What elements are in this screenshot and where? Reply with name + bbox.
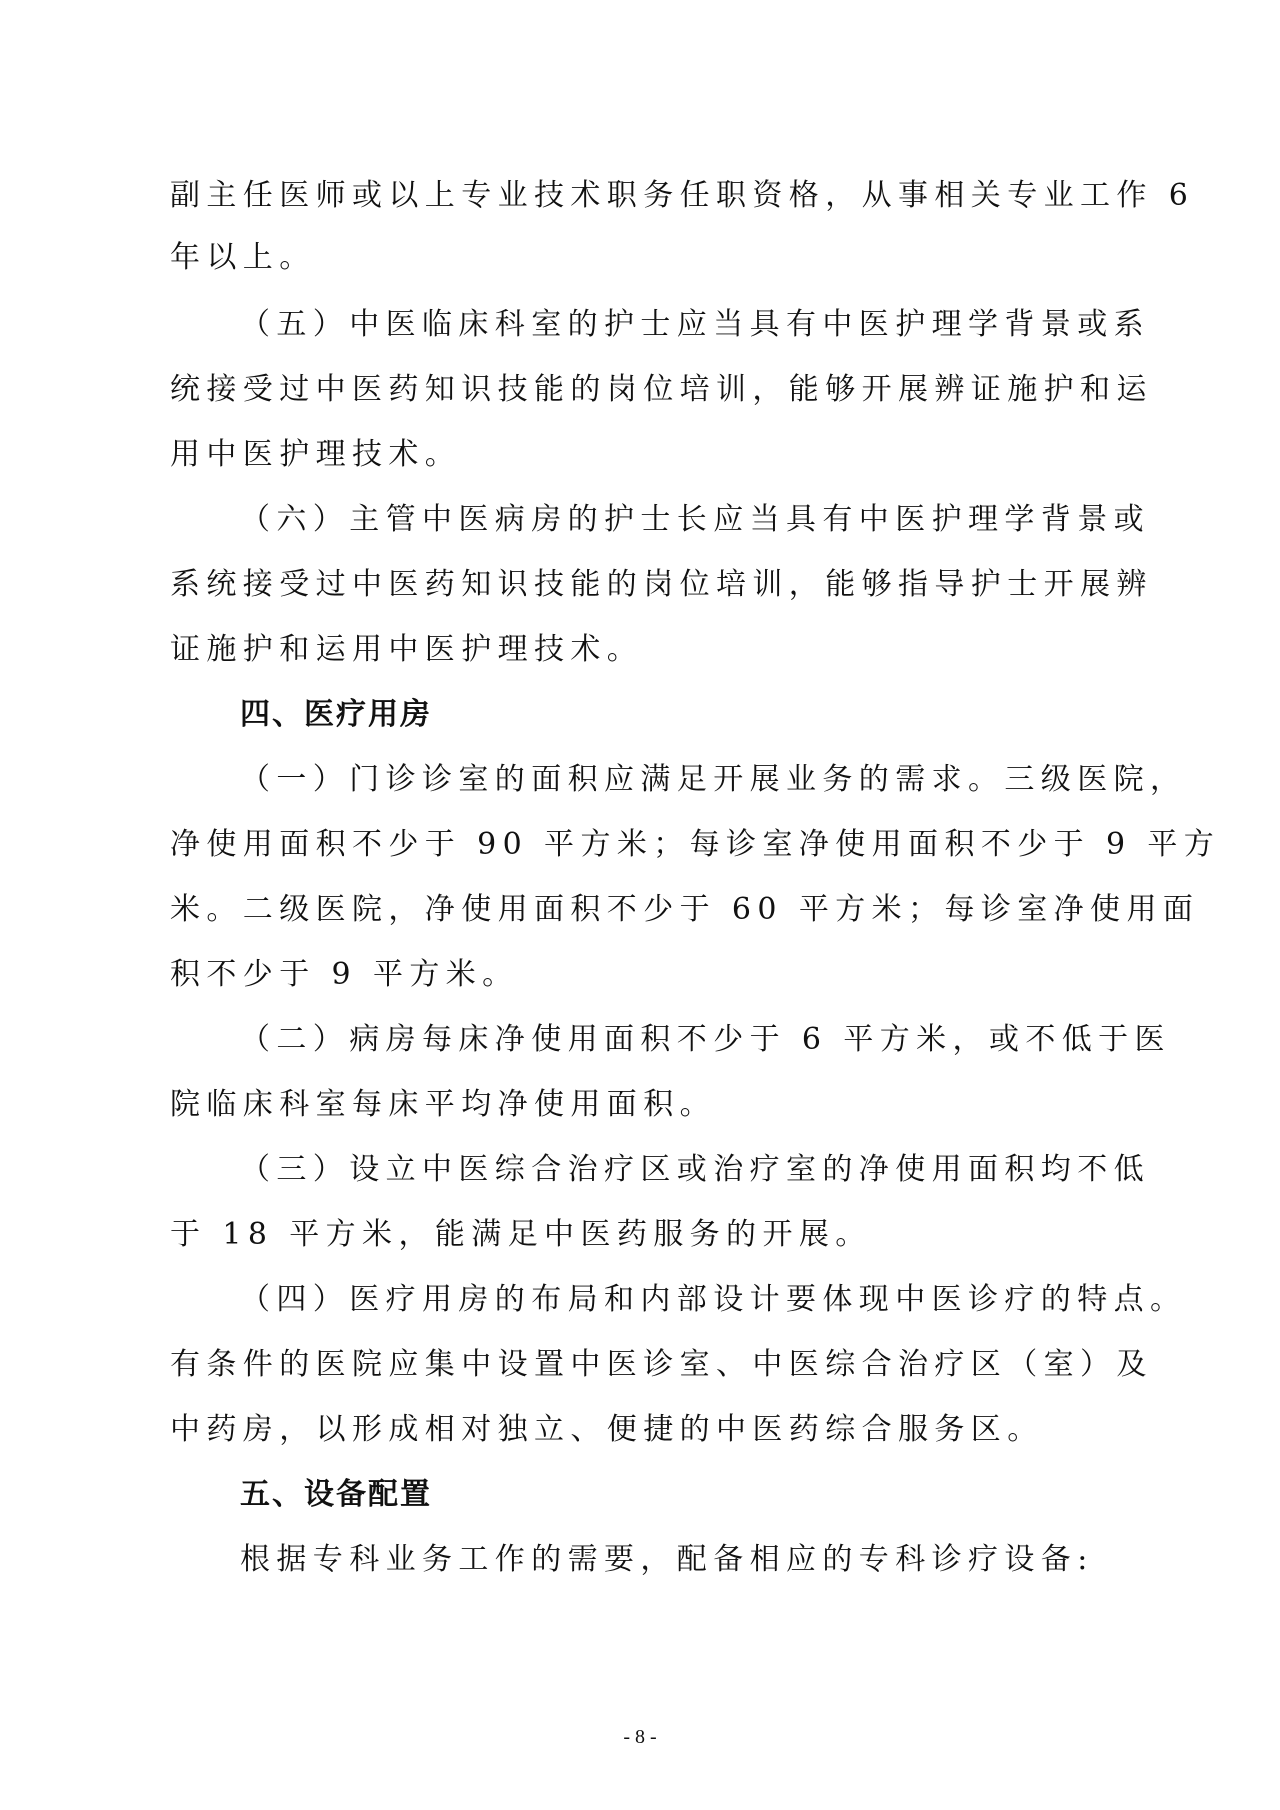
paragraph-line: 系统接受过中医药知识技能的岗位培训，能够指导护士开展辨 <box>170 565 1120 605</box>
paragraph-line: 净使用面积不少于 90 平方米；每诊室净使用面积不少于 9 平方 <box>170 825 1120 865</box>
page-number: - 8 - <box>0 1725 1280 1749</box>
paragraph-line: 院临床科室每床平均净使用面积。 <box>170 1085 1120 1125</box>
paragraph-line: 有条件的医院应集中设置中医诊室、中医综合治疗区（室）及 <box>170 1345 1120 1385</box>
paragraph-line: 于 18 平方米，能满足中医药服务的开展。 <box>170 1215 1120 1255</box>
paragraph-line: 根据专科业务工作的需要，配备相应的专科诊疗设备: <box>240 1540 1120 1580</box>
paragraph-line: 年以上。 <box>170 238 1120 278</box>
section-heading: 五、设备配置 <box>240 1475 1120 1515</box>
paragraph-line: 中药房，以形成相对独立、便捷的中医药综合服务区。 <box>170 1410 1120 1450</box>
paragraph-line: （五）中医临床科室的护士应当具有中医护理学背景或系 <box>240 305 1120 345</box>
document-page: 副主任医师或以上专业技术职务任职资格，从事相关专业工作 6年以上。（五）中医临床… <box>0 0 1280 1810</box>
paragraph-line: （六）主管中医病房的护士长应当具有中医护理学背景或 <box>240 500 1120 540</box>
paragraph-line: 积不少于 9 平方米。 <box>170 955 1120 995</box>
paragraph-line: （二）病房每床净使用面积不少于 6 平方米，或不低于医 <box>240 1020 1120 1060</box>
paragraph-line: （三）设立中医综合治疗区或治疗室的净使用面积均不低 <box>240 1150 1120 1190</box>
paragraph-line: 用中医护理技术。 <box>170 435 1120 475</box>
paragraph-line: （四）医疗用房的布局和内部设计要体现中医诊疗的特点。 <box>240 1280 1120 1320</box>
paragraph-line: （一）门诊诊室的面积应满足开展业务的需求。三级医院， <box>240 760 1120 800</box>
paragraph-line: 米。二级医院，净使用面积不少于 60 平方米；每诊室净使用面 <box>170 890 1120 930</box>
paragraph-line: 统接受过中医药知识技能的岗位培训，能够开展辨证施护和运 <box>170 370 1120 410</box>
section-heading: 四、医疗用房 <box>240 695 1120 735</box>
paragraph-line: 副主任医师或以上专业技术职务任职资格，从事相关专业工作 6 <box>170 176 1120 216</box>
paragraph-line: 证施护和运用中医护理技术。 <box>170 630 1120 670</box>
